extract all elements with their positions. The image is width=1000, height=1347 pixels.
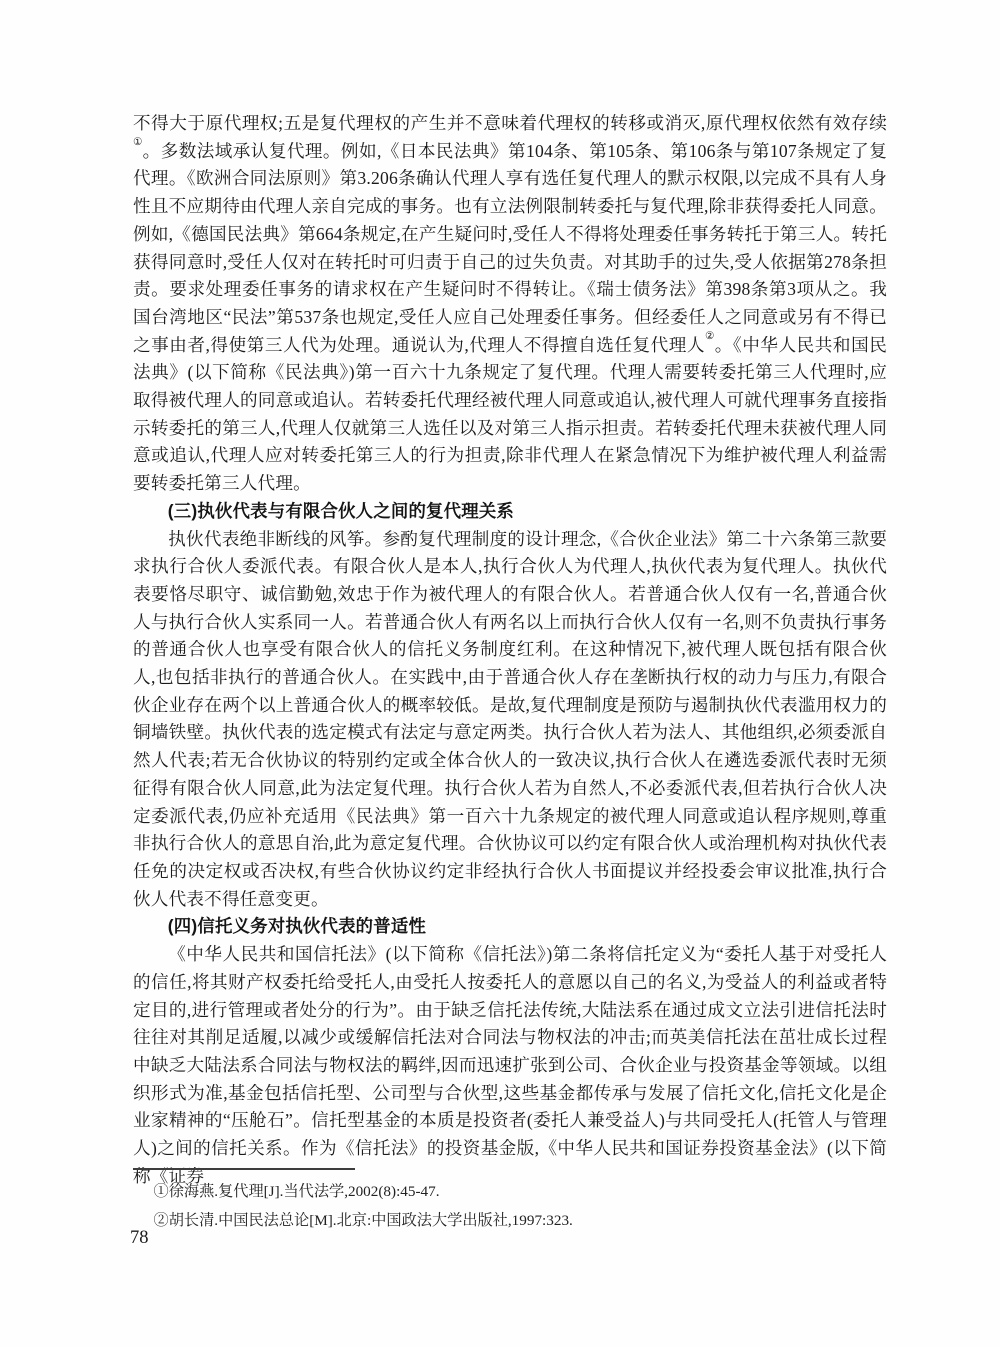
paragraph-continuation-text-1: 不得大于原代理权;五是复代理权的产生并不意味着代理权的转移或消灭,原代理权依然有… xyxy=(133,113,887,133)
document-page: 不得大于原代理权;五是复代理权的产生并不意味着代理权的转移或消灭,原代理权依然有… xyxy=(0,0,1000,1347)
paragraph-section-3: 执伙代表绝非断线的风筝。参酌复代理制度的设计理念,《合伙企业法》第二十六条第三款… xyxy=(133,526,887,914)
page-number: 78 xyxy=(130,1228,149,1249)
paragraph-continuation-text-3: 。《中华人民共和国民法典》(以下简称《民法典》)第一百六十九条规定了复代理。代理… xyxy=(133,335,887,494)
footnote-1: ①徐海燕.复代理[J].当代法学,2002(8):45-47. xyxy=(133,1178,887,1207)
footnote-separator xyxy=(133,1168,355,1170)
footnote-2: ②胡长清.中国民法总论[M].北京:中国政法大学出版社,1997:323. xyxy=(133,1207,887,1236)
section-heading-3: (三)执伙代表与有限合伙人之间的复代理关系 xyxy=(133,498,887,526)
section-heading-4: (四)信托义务对执伙代表的普适性 xyxy=(133,913,887,941)
footnote-area: ①徐海燕.复代理[J].当代法学,2002(8):45-47. ②胡长清.中国民… xyxy=(133,1168,887,1235)
paragraph-section-4: 《中华人民共和国信托法》(以下简称《信托法》)第二条将信托定义为“委托人基于对受… xyxy=(133,941,887,1190)
page-body: 不得大于原代理权;五是复代理权的产生并不意味着代理权的转移或消灭,原代理权依然有… xyxy=(133,110,887,1190)
footnote-ref-1: ① xyxy=(133,137,143,148)
paragraph-continuation-text-2: 。多数法域承认复代理。例如,《日本民法典》第104条、第105条、第106条与第… xyxy=(133,141,887,355)
paragraph-continuation: 不得大于原代理权;五是复代理权的产生并不意味着代理权的转移或消灭,原代理权依然有… xyxy=(133,110,887,498)
footnote-ref-2: ② xyxy=(705,331,715,342)
